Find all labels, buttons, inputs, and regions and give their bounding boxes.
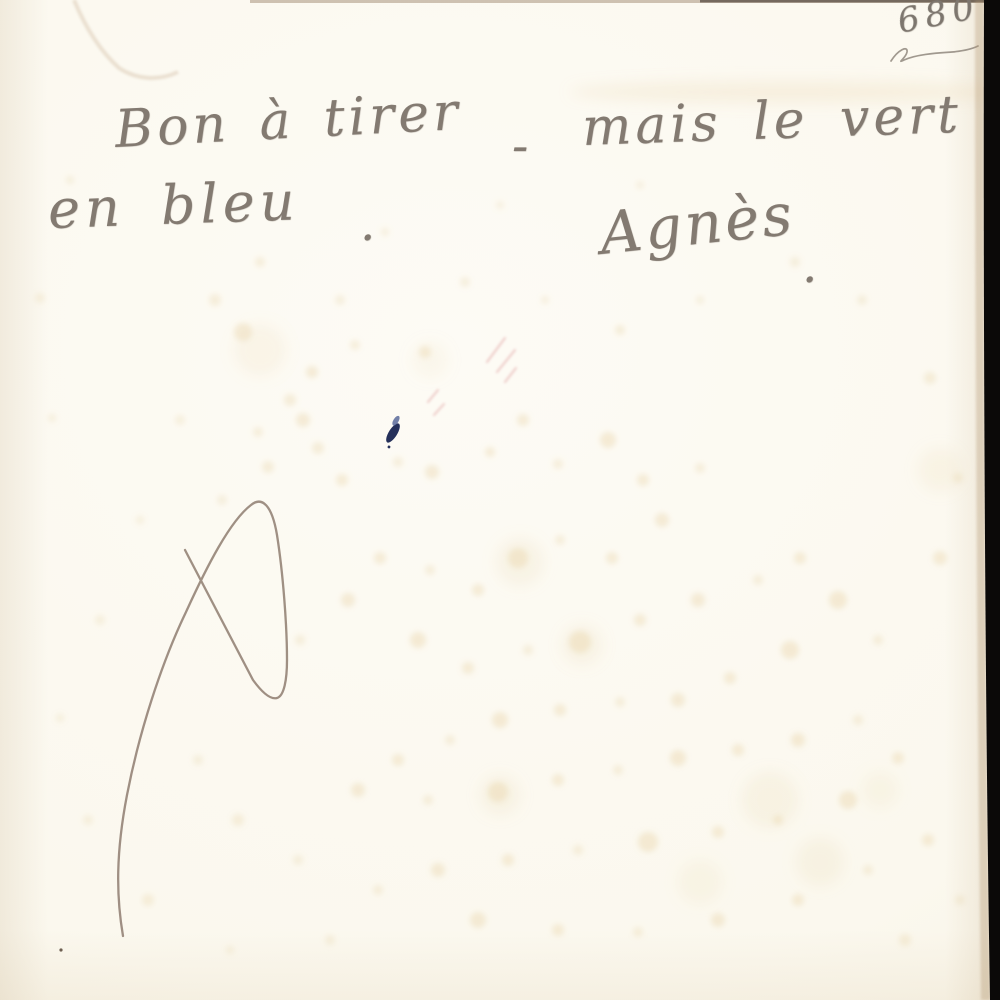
ink-blot [379, 415, 407, 449]
annotation-period-2: . [802, 238, 817, 294]
annotation-dash: - [512, 118, 528, 174]
paper-speck [59, 948, 62, 951]
annotation-period-1: . [360, 196, 375, 252]
annotation-en-bleu: en bleu [47, 169, 301, 241]
pencil-scribble [118, 502, 287, 936]
scanned-note-page: { "note": { "number": "680", "line1": { … [0, 0, 1000, 1000]
stain-arc-top-left [74, 0, 178, 78]
number-underline-flourish [891, 46, 978, 61]
